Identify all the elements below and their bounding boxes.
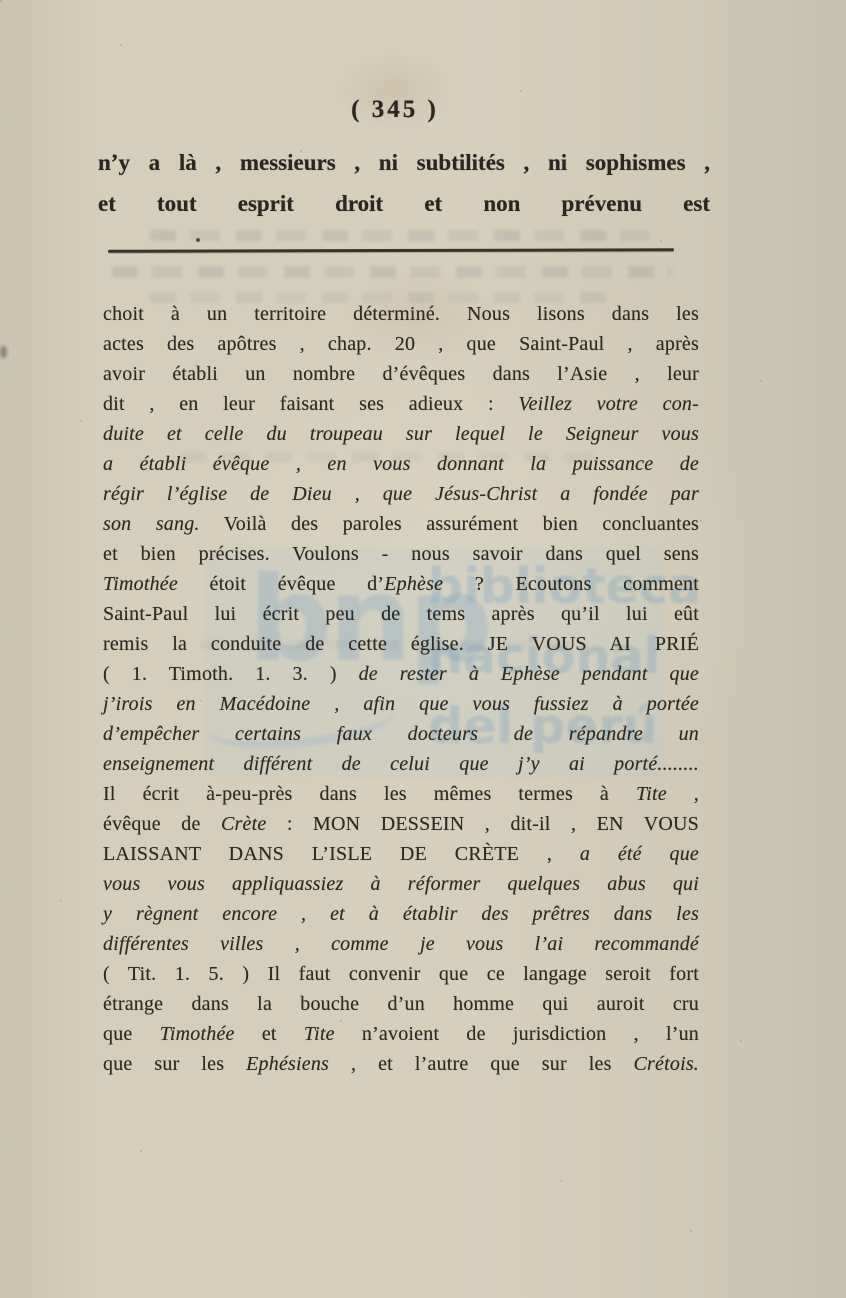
body-line: ( 1. Timoth. 1. 3. ) de rester à Ephèse … <box>103 659 699 689</box>
body-line: LAISSANT DANS L’ISLE DE CRÈTE , a été qu… <box>103 839 699 869</box>
body-line: que Timothée et Tite n’avoient de jurisd… <box>103 1019 699 1049</box>
bleedthrough-smudge <box>150 230 650 241</box>
body-line: j’irois en Macédoine , afin que vous fus… <box>103 689 699 719</box>
intro-line: n’y a là , messieurs , ni subtilités , n… <box>98 142 710 183</box>
intro-line: et tout esprit droit et non prévenu est <box>98 183 710 224</box>
body-line: d’empêcher certains faux docteurs de rép… <box>103 719 699 749</box>
body-text: choit à un territoire déterminé. Nous li… <box>103 299 699 1079</box>
bleedthrough-smudge <box>112 266 672 278</box>
intro-paragraph: n’y a là , messieurs , ni subtilités , n… <box>98 142 710 224</box>
body-line: ( Tit. 1. 5. ) Il faut convenir que ce l… <box>103 959 699 989</box>
body-line: son sang. Voilà des paroles assurément b… <box>103 509 699 539</box>
body-line: y règnent encore , et à établir des prêt… <box>103 899 699 929</box>
page-number: ( 345 ) <box>0 96 790 124</box>
body-line: évêque de Crète : MON DESSEIN , dit-il ,… <box>103 809 699 839</box>
body-line: enseignement différent de celui que j’y … <box>103 749 699 779</box>
page-edge-mark <box>0 346 7 358</box>
scanned-book-page: bnp biblioteca nacional del perú ( 345 )… <box>0 0 846 1298</box>
body-line: vous vous appliquassiez à réformer quelq… <box>103 869 699 899</box>
body-line: différentes villes , comme je vous l’ai … <box>103 929 699 959</box>
body-line: a établi évêque , en vous donnant la pui… <box>103 449 699 479</box>
body-line: Saint-Paul lui écrit peu de tems après q… <box>103 599 699 629</box>
stray-ink-dot <box>196 238 200 242</box>
body-line: remis la conduite de cette église. JE VO… <box>103 629 699 659</box>
body-line: dit , en leur faisant ses adieux : Veill… <box>103 389 699 419</box>
body-line: que sur les Ephésiens , et l’autre que s… <box>103 1049 699 1079</box>
body-line: et bien précises. Voulons - nous savoir … <box>103 539 699 569</box>
body-line: Il écrit à-peu-près dans les mêmes terme… <box>103 779 699 809</box>
paper-specks <box>0 0 2 2</box>
divider-rule <box>108 248 674 252</box>
body-line: Timothée étoit évêque d’Ephèse ? Ecouton… <box>103 569 699 599</box>
body-line: étrange dans la bouche d’un homme qui au… <box>103 989 699 1019</box>
body-line: avoir établi un nombre d’évêques dans l’… <box>103 359 699 389</box>
body-line: duite et celle du troupeau sur lequel le… <box>103 419 699 449</box>
body-line: régir l’église de Dieu , que Jésus-Chris… <box>103 479 699 509</box>
body-line: actes des apôtres , chap. 20 , que Saint… <box>103 329 699 359</box>
body-line: choit à un territoire déterminé. Nous li… <box>103 299 699 329</box>
